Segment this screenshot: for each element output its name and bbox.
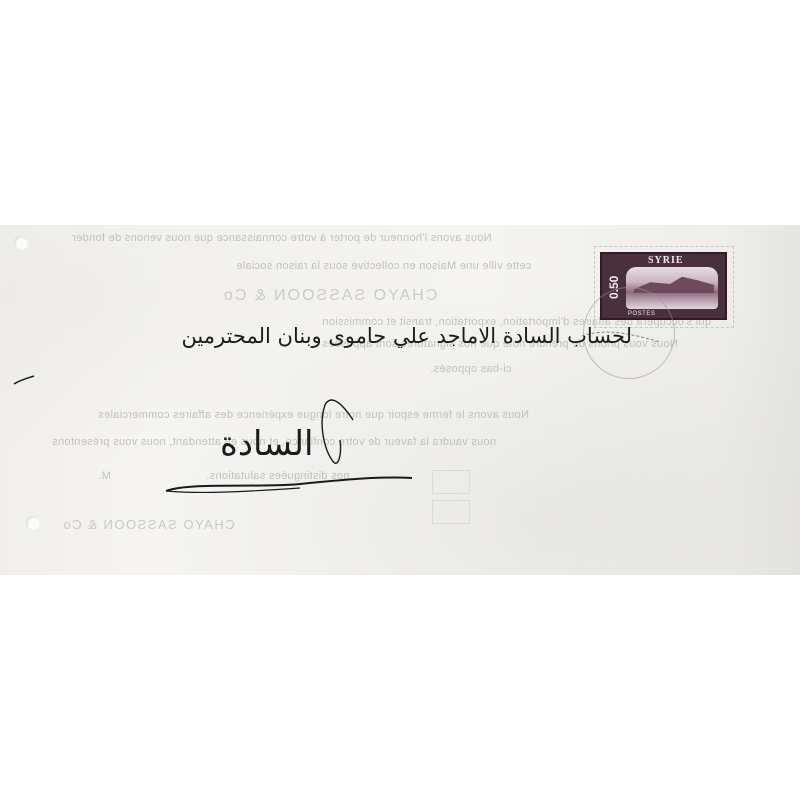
ghost-line-2: cette ville une Maison en collective sou… xyxy=(236,260,531,272)
punch-hole-top xyxy=(14,236,28,250)
handwritten-signature: السادة xyxy=(220,424,313,464)
ghost-salutation: M. xyxy=(98,470,111,482)
handwritten-endorsement: لحساب السادة الاماجد علي حاموى وبنان الم… xyxy=(12,324,632,348)
ghost-company: CHAYO SASSOON & Co xyxy=(222,287,437,305)
stamp-country: SYRIE xyxy=(648,255,684,266)
punch-hole-bottom xyxy=(26,516,40,530)
ghost-line-5: ci-bas opposés. xyxy=(430,363,512,375)
ghost-line-1: Nous avons l'honneur de porter à votre c… xyxy=(72,232,492,244)
ghost-line-6: Nous avons le ferme espoir que notre lon… xyxy=(98,409,529,421)
ghost-signature-block: CHAYO SASSOON & Co xyxy=(62,517,235,532)
ghost-line-8: nos distinguées salutations. xyxy=(206,470,350,482)
ghost-revenue-box xyxy=(432,500,470,524)
ghost-revenue-box xyxy=(432,470,470,494)
